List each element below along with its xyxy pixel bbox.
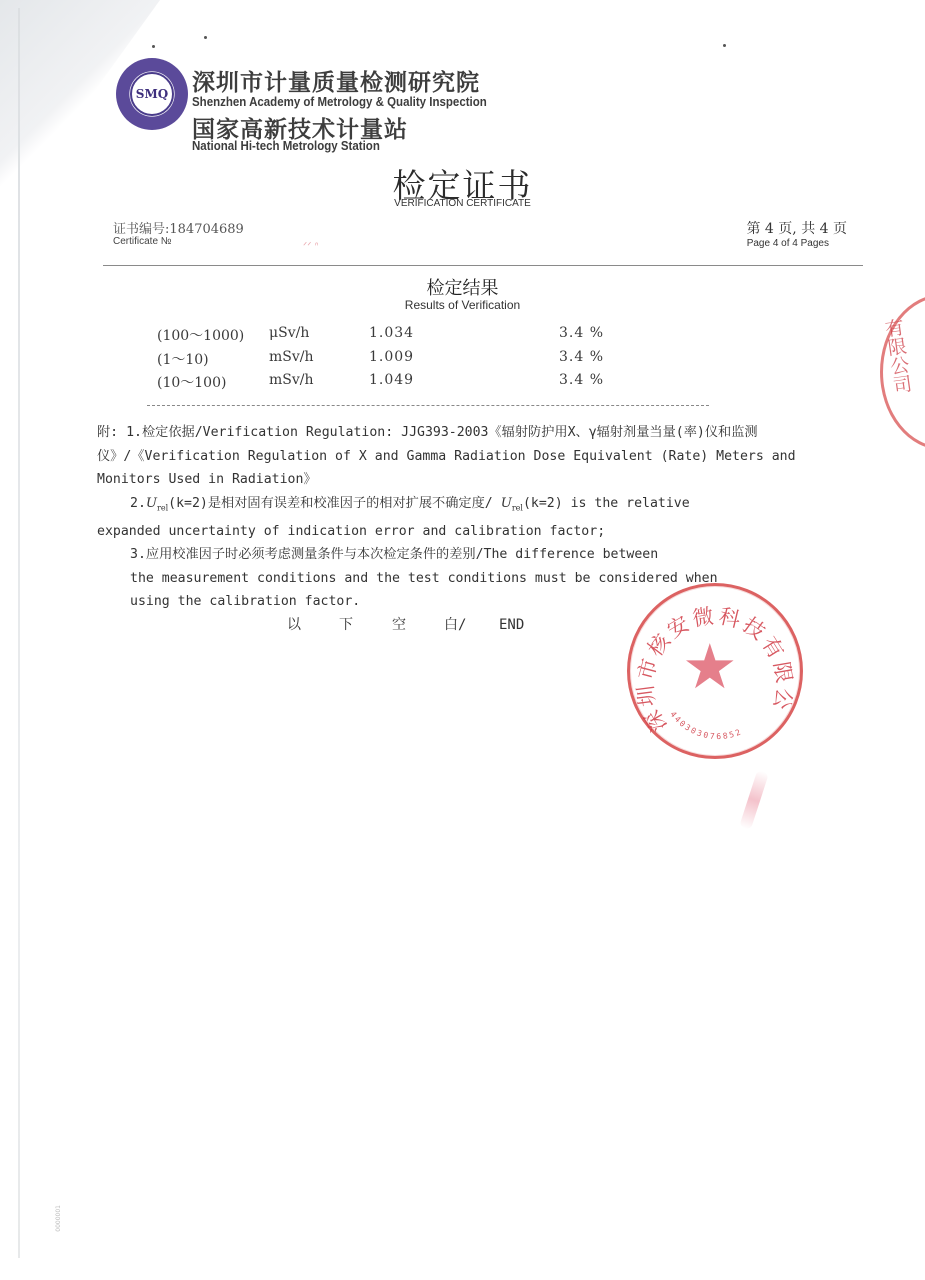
company-seal: 深圳市核安微科技有限公司 440303076852 ★	[627, 583, 803, 759]
note-2-line-2: expanded uncertainty of indication error…	[97, 520, 867, 544]
note-1-line-1: 附: 1.检定依据/Verification Regulation: JJG39…	[97, 421, 867, 445]
uncertainty-cell: 3.4 %	[559, 349, 604, 365]
range-cell: (1～10)	[157, 349, 209, 369]
certificate-number-label-en: Certificate №	[113, 236, 172, 247]
page-indicator-cn: 第 4 页, 共 4 页	[746, 218, 847, 238]
end-marker: 以下空白/END	[287, 614, 524, 634]
note-1-line-3: Monitors Used in Radiation》	[97, 468, 867, 492]
faint-stamp-marks: ᐟᐟ ᐢ	[303, 241, 319, 252]
certificate-number-label: 证书编号:	[113, 222, 169, 237]
results-table: (100～1000) μSv/h 1.034 3.4 % (1～10) mSv/…	[157, 325, 717, 396]
scan-speck	[723, 44, 726, 47]
coverage-factor: (k=2)	[168, 496, 208, 511]
station-name-en: National Hi-tech Metrology Station	[192, 139, 380, 153]
scan-speck	[152, 45, 155, 48]
calibration-factor-cell: 1.009	[369, 349, 414, 365]
page-indicator-en: Page 4 of 4 Pages	[747, 238, 829, 249]
end-char: 空	[392, 614, 444, 634]
side-code: 0000001	[55, 1205, 62, 1232]
unit-cell: mSv/h	[269, 372, 314, 388]
note-2-number: 2.	[130, 496, 146, 511]
calibration-factor-cell: 1.049	[369, 372, 414, 388]
end-char: 以	[287, 614, 339, 634]
certificate-number: 证书编号:184704689	[113, 218, 244, 237]
urel-sub: rel	[512, 503, 523, 512]
results-title-en: Results of Verification	[0, 298, 925, 312]
calibration-factor-cell: 1.034	[369, 325, 414, 341]
range-cell: (10～100)	[157, 372, 226, 392]
document-title-en: VERIFICATION CERTIFICATE	[0, 198, 925, 209]
range-cell: (100～1000)	[157, 325, 244, 345]
table-row: (10～100) mSv/h 1.049 3.4 %	[157, 372, 717, 396]
unit-cell: μSv/h	[269, 325, 309, 341]
urel-symbol: Urel	[146, 496, 168, 511]
notes-section: 附: 1.检定依据/Verification Regulation: JJG39…	[97, 421, 867, 614]
header-divider	[103, 265, 863, 266]
logo-text: SMQ	[130, 72, 174, 116]
org-name-en: Shenzhen Academy of Metrology & Quality …	[192, 95, 487, 109]
note-2-cn: 是相对固有误差和校准因子的相对扩展不确定度/	[208, 496, 493, 511]
note-3-line-1: 3.应用校准因子时必须考虑测量条件与本次检定条件的差别/The differen…	[97, 543, 867, 567]
end-char: 下	[339, 614, 392, 634]
urel-sub: rel	[157, 503, 168, 512]
end-char: END	[499, 617, 524, 633]
results-dashed-divider	[147, 405, 709, 406]
table-row: (1～10) mSv/h 1.009 3.4 %	[157, 349, 717, 373]
certificate-number-value: 184704689	[169, 222, 243, 237]
end-char: 白/	[444, 614, 499, 634]
smq-logo: SMQ	[116, 58, 188, 130]
seal-star-icon: ★	[682, 636, 738, 698]
uncertainty-cell: 3.4 %	[559, 372, 604, 388]
uncertainty-cell: 3.4 %	[559, 325, 604, 341]
urel-u: U	[501, 496, 512, 511]
coverage-factor: (k=2)	[523, 496, 563, 511]
table-row: (100～1000) μSv/h 1.034 3.4 %	[157, 325, 717, 349]
org-name-cn: 深圳市计量质量检测研究院	[192, 64, 480, 97]
urel-symbol: Urel	[501, 496, 523, 511]
note-1-line-2: 仪》/《Verification Regulation of X and Gam…	[97, 445, 867, 469]
scan-speck	[204, 36, 207, 39]
urel-u: U	[146, 496, 157, 511]
results-title-cn: 检定结果	[0, 274, 925, 300]
svg-text:440303076852: 440303076852	[668, 710, 743, 741]
ink-smudge	[739, 770, 769, 831]
note-2-line-1: 2.Urel(k=2)是相对固有误差和校准因子的相对扩展不确定度/ Urel(k…	[97, 492, 867, 520]
note-2-en: is the relative	[571, 496, 690, 511]
unit-cell: mSv/h	[269, 349, 314, 365]
